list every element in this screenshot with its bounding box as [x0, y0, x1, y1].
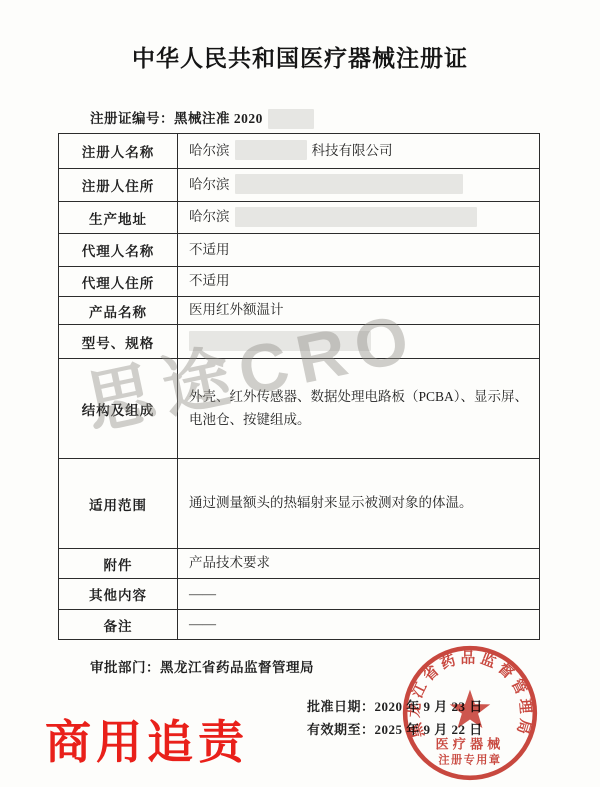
approval-department: 审批部门：黑龙江省药品监督管理局	[90, 656, 314, 676]
certificate-table: 注册人名称 哈尔滨科技有限公司 注册人住所 哈尔滨 生产地址 哈尔滨 代理人名称…	[58, 133, 540, 640]
field-row: 其他内容 ——	[59, 578, 539, 609]
field-label: 代理人名称	[59, 234, 178, 266]
field-label: 结构及组成	[59, 359, 178, 458]
field-value: 哈尔滨	[178, 202, 539, 233]
field-row: 结构及组成 外壳、红外传感器、数据处理电路板（PCBA）、显示屏、电池仓、按键组…	[59, 358, 539, 458]
approval-department-label: 审批部门：	[90, 660, 160, 675]
field-label: 其他内容	[59, 579, 178, 609]
field-row: 备注 ——	[59, 609, 539, 639]
redaction-box	[189, 331, 371, 351]
redaction-box	[235, 207, 477, 227]
expiry-date: 有效期至：2025 年 9 月 22 日	[307, 719, 483, 742]
field-label: 注册人名称	[59, 134, 178, 168]
field-label: 产品名称	[59, 297, 178, 324]
field-value: 不适用	[178, 234, 539, 266]
field-label: 型号、规格	[59, 325, 178, 358]
field-row: 产品名称 医用红外额温计	[59, 296, 539, 324]
field-label: 生产地址	[59, 202, 178, 233]
field-value: ——	[178, 579, 539, 609]
field-value: 产品技术要求	[178, 549, 539, 578]
seal-line2: 注册专用章	[438, 753, 501, 767]
page-title: 中华人民共和国医疗器械注册证	[0, 40, 600, 73]
field-label: 适用范围	[59, 459, 178, 548]
field-value: 不适用	[178, 267, 539, 296]
field-label: 附件	[59, 549, 178, 578]
registration-number-value: 黑械注准 2020	[174, 111, 263, 126]
certificate-page: 中华人民共和国医疗器械注册证 注册证编号：黑械注准 2020 注册人名称 哈尔滨…	[0, 0, 600, 787]
warning-text: 商用追责	[45, 706, 249, 772]
field-label: 备注	[59, 610, 178, 639]
field-row: 附件 产品技术要求	[59, 548, 539, 578]
approval-department-value: 黑龙江省药品监督管理局	[160, 660, 314, 675]
field-value: 外壳、红外传感器、数据处理电路板（PCBA）、显示屏、电池仓、按键组成。	[178, 359, 539, 458]
field-row: 代理人名称 不适用	[59, 233, 539, 266]
field-value: 医用红外额温计	[178, 297, 539, 324]
field-label: 代理人住所	[59, 267, 178, 296]
redaction-box	[235, 174, 463, 194]
field-value: 哈尔滨科技有限公司	[178, 134, 539, 168]
field-row: 注册人住所 哈尔滨	[59, 168, 539, 201]
registration-number-label: 注册证编号：	[90, 111, 174, 126]
field-value: 哈尔滨	[178, 169, 539, 201]
field-row: 型号、规格	[59, 324, 539, 358]
field-row: 适用范围 通过测量额头的热辐射来显示被测对象的体温。	[59, 458, 539, 548]
field-value	[178, 325, 539, 358]
redaction-box	[235, 140, 307, 160]
field-row: 注册人名称 哈尔滨科技有限公司	[59, 134, 539, 168]
field-value: ——	[178, 610, 539, 639]
field-row: 生产地址 哈尔滨	[59, 201, 539, 233]
field-row: 代理人住所 不适用	[59, 266, 539, 296]
date-block: 批准日期：2020 年 9 月 23 日 有效期至：2025 年 9 月 22 …	[307, 696, 483, 742]
registration-number: 注册证编号：黑械注准 2020	[90, 107, 319, 131]
field-value: 通过测量额头的热辐射来显示被测对象的体温。	[178, 459, 539, 548]
approval-date: 批准日期：2020 年 9 月 23 日	[307, 696, 483, 719]
redaction-box	[268, 109, 314, 129]
field-label: 注册人住所	[59, 169, 178, 201]
